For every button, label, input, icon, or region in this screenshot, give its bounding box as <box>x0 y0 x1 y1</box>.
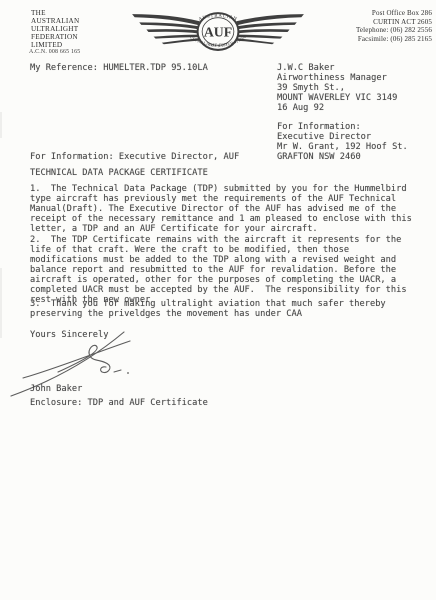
subject-line: TECHNICAL DATA PACKAGE CERTIFICATE <box>30 168 208 178</box>
left-wing <box>132 14 200 44</box>
signatory-name: John Baker <box>30 384 82 394</box>
reference-line: My Reference: HUMELTER.TDP 95.10LA <box>30 63 208 73</box>
letterhead-acn: A.C.N. 008 665 165 <box>29 49 80 55</box>
paragraph-3: 3. Thank you for making ultralight aviat… <box>30 299 386 319</box>
letterhead-org-name: THE AUSTRALIAN ULTRALIGHT FEDERATION LIM… <box>31 9 79 49</box>
auf-wings-logo-icon: AUF AUSTRALIAN AIRCRAFT ULTRALIGHT FEDER… <box>128 3 308 58</box>
logo-center-text: AUF <box>204 25 232 40</box>
paragraph-1: 1. The Technical Data Package (TDP) subm… <box>30 184 412 234</box>
right-wing <box>236 14 304 44</box>
recipient-address: J.W.C Baker Airworthiness Manager 39 Smy… <box>277 63 397 113</box>
scan-artifact <box>0 112 2 138</box>
letterhead-contact: Post Office Box 286 CURTIN ACT 2605 Tele… <box>356 9 432 43</box>
enclosure-line: Enclosure: TDP and AUF Certificate <box>30 398 208 408</box>
scan-artifact <box>0 268 2 338</box>
paragraph-2: 2. The TDP Certificate remains with the … <box>30 235 407 305</box>
letter-page: THE AUSTRALIAN ULTRALIGHT FEDERATION LIM… <box>0 0 436 600</box>
for-information-line: For Information: Executive Director, AUF <box>30 152 239 162</box>
for-information-block: For Information: Executive Director Mr W… <box>277 122 408 162</box>
